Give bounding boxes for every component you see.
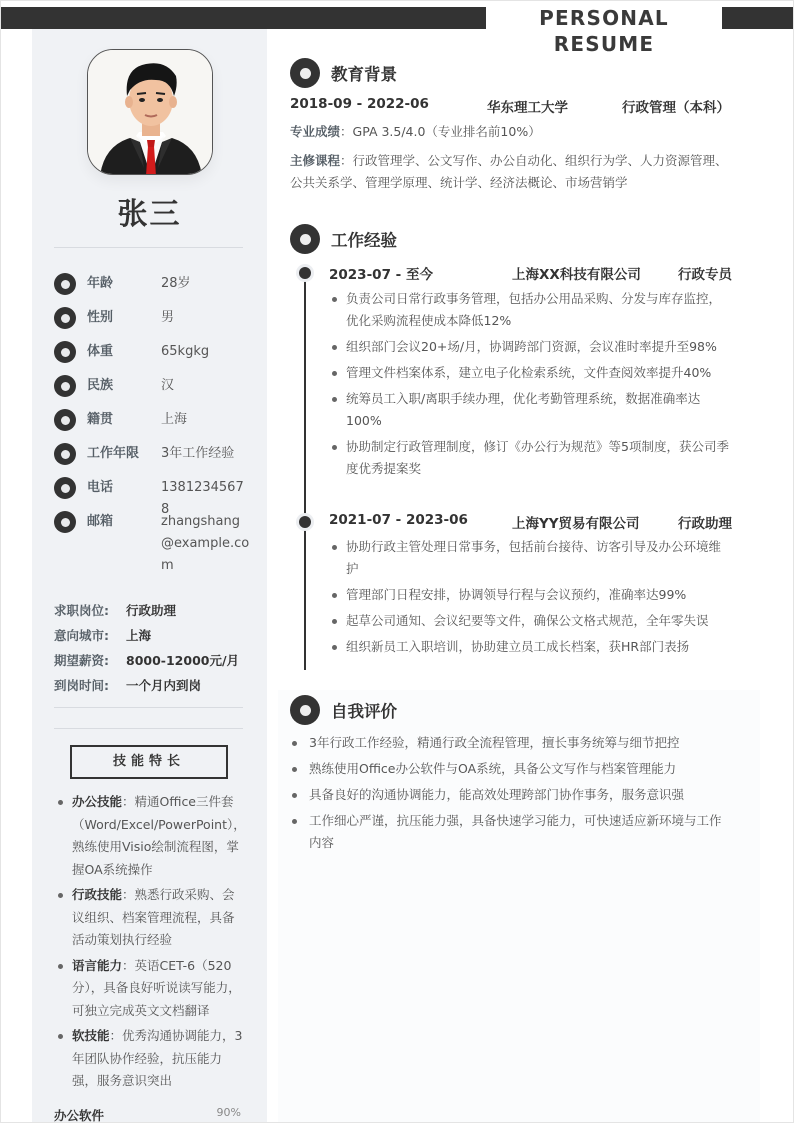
job-duties: 协助行政主管处理日常事务，包括前台接待、访客引导及办公环境维护 管理部门日程安排… bbox=[329, 536, 731, 662]
timeline-dot-icon bbox=[299, 516, 311, 528]
intent-value: 8000-12000元/月 bbox=[126, 652, 239, 670]
job-header: 2021-07 - 2023-06 上海YY贸易有限公司 行政助理 bbox=[329, 512, 734, 532]
info-row-phone: 电话 13812345678 bbox=[54, 477, 251, 499]
job-role: 行政助理 bbox=[678, 512, 732, 532]
job-date: 2021-07 - 2023-06 bbox=[329, 512, 512, 532]
section-ring-icon bbox=[290, 224, 320, 254]
section-education: 教育背景 bbox=[290, 58, 397, 88]
skill-item: 软技能：优秀沟通协调能力，3年团队协作经验，抗压能力强，服务意识突出 bbox=[54, 1025, 246, 1093]
gpa-text: ：GPA 3.5/4.0（专业排名前10%） bbox=[340, 124, 541, 139]
intent-salary: 期望薪资: 8000-12000元/月 bbox=[54, 652, 239, 670]
info-label: 体重 bbox=[87, 341, 161, 363]
divider bbox=[54, 728, 243, 729]
bullet-ring-icon bbox=[54, 477, 76, 499]
avatar-illustration-icon bbox=[88, 50, 213, 175]
bullet-ring-icon bbox=[54, 511, 76, 533]
info-row-experience-years: 工作年限 3年工作经验 bbox=[54, 443, 251, 465]
job-company: 上海YY贸易有限公司 bbox=[512, 512, 678, 532]
job-duty: 管理文件档案体系，建立电子化检索系统，文件查阅效率提升40% bbox=[329, 362, 731, 384]
intent-label: 到岗时间: bbox=[54, 677, 126, 695]
section-ring-icon bbox=[290, 695, 320, 725]
education-school: 华东理工大学 bbox=[487, 96, 622, 116]
info-row-gender: 性别 男 bbox=[54, 307, 251, 329]
evaluation-item: 具备良好的沟通协调能力，能高效处理跨部门协作事务，服务意识强 bbox=[290, 784, 730, 806]
info-row-ethnicity: 民族 汉 bbox=[54, 375, 251, 397]
info-value: 28岁 bbox=[161, 273, 251, 295]
job-duty: 管理部门日程安排，协调领导行程与会议预约，准确率达99% bbox=[329, 584, 731, 606]
job-duty: 组织新员工入职培训，协助建立员工成长档案，获HR部门表扬 bbox=[329, 636, 731, 658]
job-duties: 负责公司日常行政事务管理，包括办公用品采购、分发与库存监控，优化采购流程使成本降… bbox=[329, 288, 731, 484]
info-label: 民族 bbox=[87, 375, 161, 397]
intent-value: 上海 bbox=[126, 627, 151, 645]
section-title: 自我评价 bbox=[331, 698, 397, 722]
divider bbox=[54, 247, 243, 248]
intent-label: 求职岗位: bbox=[54, 602, 126, 620]
skill-list: 办公技能：精通Office三件套（Word/Excel/PowerPoint），… bbox=[54, 791, 246, 1096]
skill-name: 办公技能 bbox=[72, 794, 122, 809]
section-ring-icon bbox=[290, 58, 320, 88]
info-value: 3年工作经验 bbox=[161, 443, 251, 465]
info-row-weight: 体重 65kgkg bbox=[54, 341, 251, 363]
evaluation-item: 工作细心严谨，抗压能力强，具备快速学习能力，可快速适应新环境与工作内容 bbox=[290, 810, 730, 854]
section-title: 工作经验 bbox=[331, 227, 397, 251]
skill-bar-value: 90% bbox=[217, 1106, 241, 1123]
intent-value: 一个月内到岗 bbox=[126, 677, 201, 695]
job-duty: 协助行政主管处理日常事务，包括前台接待、访客引导及办公环境维护 bbox=[329, 536, 731, 580]
education-courses: 主修课程：行政管理学、公文写作、办公自动化、组织行为学、人力资源管理、公共关系学… bbox=[290, 150, 730, 194]
job-duty: 负责公司日常行政事务管理，包括办公用品采购、分发与库存监控，优化采购流程使成本降… bbox=[329, 288, 731, 332]
skill-item: 办公技能：精通Office三件套（Word/Excel/PowerPoint），… bbox=[54, 791, 246, 881]
skill-name: 软技能 bbox=[72, 1028, 110, 1043]
skill-item: 语言能力：英语CET-6（520分），具备良好听说读写能力，可独立完成英文文档翻… bbox=[54, 955, 246, 1023]
bullet-ring-icon bbox=[54, 273, 76, 295]
skill-item: 行政技能：熟悉行政采购、会议组织、档案管理流程，具备活动策划执行经验 bbox=[54, 884, 246, 952]
education-date: 2018-09 - 2022-06 bbox=[290, 96, 487, 116]
info-label: 工作年限 bbox=[87, 443, 161, 465]
intent-city: 意向城市: 上海 bbox=[54, 627, 151, 645]
courses-label: 主修课程 bbox=[290, 153, 340, 168]
resume-title: PERSONAL RESUME bbox=[486, 5, 722, 31]
skill-name: 行政技能 bbox=[72, 887, 122, 902]
info-value: 65kgkg bbox=[161, 341, 251, 363]
intent-label: 意向城市: bbox=[54, 627, 126, 645]
header-bar-left bbox=[0, 7, 486, 29]
education-major: 行政管理（本科） bbox=[622, 96, 730, 116]
skill-bar-office: 办公软件 90% bbox=[54, 1106, 241, 1123]
candidate-name: 张三 bbox=[32, 189, 267, 233]
info-value[interactable]: zhangshang@example.com bbox=[161, 511, 251, 577]
skills-title: 技能特长 bbox=[70, 745, 228, 779]
info-value: 男 bbox=[161, 307, 251, 329]
info-label: 年龄 bbox=[87, 273, 161, 295]
education-line: 2018-09 - 2022-06 华东理工大学 行政管理（本科） bbox=[290, 96, 735, 116]
info-row-email: 邮箱 zhangshang@example.com bbox=[54, 511, 251, 533]
intent-label: 期望薪资: bbox=[54, 652, 126, 670]
info-row-age: 年龄 28岁 bbox=[54, 273, 251, 295]
avatar bbox=[87, 49, 213, 175]
education-gpa: 专业成绩：GPA 3.5/4.0（专业排名前10%） bbox=[290, 121, 730, 143]
bullet-ring-icon bbox=[54, 341, 76, 363]
job-duty: 协助制定行政管理制度，修订《办公行为规范》等5项制度，获公司季度优秀提案奖 bbox=[329, 436, 731, 480]
bullet-ring-icon bbox=[54, 443, 76, 465]
intent-position: 求职岗位: 行政助理 bbox=[54, 602, 176, 620]
evaluation-item: 熟练使用Office办公软件与OA系统，具备公文写作与档案管理能力 bbox=[290, 758, 730, 780]
timeline-line bbox=[304, 272, 306, 670]
section-evaluation: 自我评价 bbox=[290, 695, 397, 725]
skill-name: 语言能力 bbox=[72, 958, 122, 973]
job-role: 行政专员 bbox=[678, 263, 732, 283]
divider bbox=[54, 707, 243, 708]
timeline-dot-icon bbox=[299, 267, 311, 279]
job-header: 2023-07 - 至今 上海XX科技有限公司 行政专员 bbox=[329, 263, 734, 283]
bullet-ring-icon bbox=[54, 375, 76, 397]
job-company: 上海XX科技有限公司 bbox=[512, 263, 678, 283]
info-label: 电话 bbox=[87, 477, 161, 499]
evaluation-item: 3年行政工作经验，精通行政全流程管理，擅长事务统筹与细节把控 bbox=[290, 732, 730, 754]
evaluation-list: 3年行政工作经验，精通行政全流程管理，擅长事务统筹与细节把控 熟练使用Offic… bbox=[290, 732, 730, 858]
info-label: 性别 bbox=[87, 307, 161, 329]
job-duty: 组织部门会议20+场/月，协调跨部门资源，会议准时率提升至98% bbox=[329, 336, 731, 358]
bullet-ring-icon bbox=[54, 409, 76, 431]
job-date: 2023-07 - 至今 bbox=[329, 263, 512, 283]
info-label: 邮箱 bbox=[87, 511, 161, 533]
info-value: 上海 bbox=[161, 409, 251, 431]
intent-value: 行政助理 bbox=[126, 602, 176, 620]
sidebar: 张三 年龄 28岁 性别 男 体重 65kgkg 民族 汉 籍贯 上海 工作年限… bbox=[32, 29, 267, 1123]
info-label: 籍贯 bbox=[87, 409, 161, 431]
skill-bar-label: 办公软件 bbox=[54, 1106, 104, 1123]
courses-text: ：行政管理学、公文写作、办公自动化、组织行为学、人力资源管理、公共关系学、管理学… bbox=[290, 153, 728, 190]
bullet-ring-icon bbox=[54, 307, 76, 329]
section-experience: 工作经验 bbox=[290, 224, 397, 254]
section-title: 教育背景 bbox=[331, 61, 397, 85]
intent-availability: 到岗时间: 一个月内到岗 bbox=[54, 677, 201, 695]
info-value: 汉 bbox=[161, 375, 251, 397]
gpa-label: 专业成绩 bbox=[290, 124, 340, 139]
job-duty: 起草公司通知、会议纪要等文件，确保公文格式规范，全年零失误 bbox=[329, 610, 731, 632]
header-bar-right bbox=[722, 7, 794, 29]
job-duty: 统筹员工入职/离职手续办理，优化考勤管理系统，数据准确率达100% bbox=[329, 388, 731, 432]
info-row-hometown: 籍贯 上海 bbox=[54, 409, 251, 431]
